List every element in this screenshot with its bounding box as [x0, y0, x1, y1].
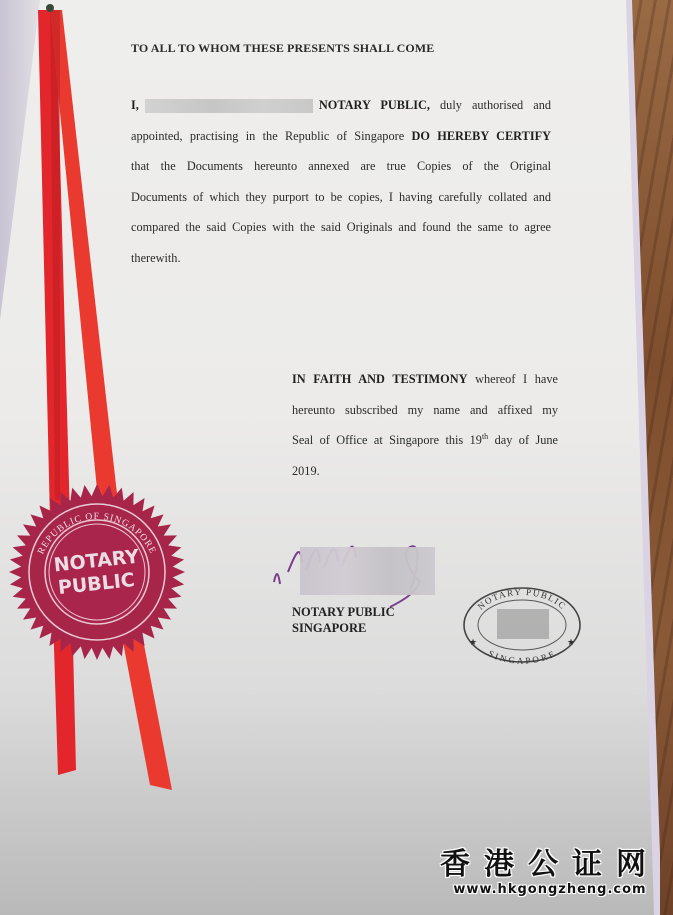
signatory-title: NOTARY PUBLIC — [292, 604, 395, 620]
watermark-chinese-title: 香港公证网 — [440, 848, 660, 882]
certification-text: duly authorised and — [440, 98, 551, 112]
site-watermark: 香港公证网 www.hkgongzheng.com — [440, 848, 660, 898]
testimony-paragraph: IN FAITH AND TESTIMONY whereof I have he… — [292, 364, 558, 486]
testimony-line-2: hereunto subscribed my name and affixed … — [292, 395, 558, 426]
testimony-text: day of June — [495, 433, 558, 447]
testimony-text: Seal of Office at Singapore this 19 — [292, 433, 482, 447]
signatory-place: SINGAPORE — [292, 620, 395, 636]
redacted-signature-name — [300, 547, 435, 595]
signature-block: NOTARY PUBLIC SINGAPORE — [292, 604, 395, 636]
svg-text:★: ★ — [567, 637, 575, 647]
testimony-line-1: IN FAITH AND TESTIMONY whereof I have — [292, 364, 558, 395]
ribbon-icon — [0, 0, 200, 800]
ink-stamp-icon: NOTARY PUBLIC SINGAPORE ★ ★ — [461, 585, 583, 665]
testimony-line-4: 2019. — [292, 456, 558, 487]
testimony-clause: IN FAITH AND TESTIMONY — [292, 372, 468, 386]
certify-clause: DO HEREBY CERTIFY — [412, 129, 552, 143]
notary-title: NOTARY PUBLIC, — [319, 98, 430, 112]
embossed-seal-icon: REPUBLIC OF SINGAPORE NOTARY PUBLIC — [8, 483, 186, 661]
watermark-url: www.hkgongzheng.com — [440, 882, 660, 898]
svg-text:SINGAPORE: SINGAPORE — [487, 648, 558, 665]
testimony-text: whereof I have — [475, 372, 558, 386]
testimony-line-3: Seal of Office at Singapore this 19th da… — [292, 425, 558, 456]
svg-text:★: ★ — [469, 637, 477, 647]
ordinal-suffix: th — [482, 432, 488, 441]
